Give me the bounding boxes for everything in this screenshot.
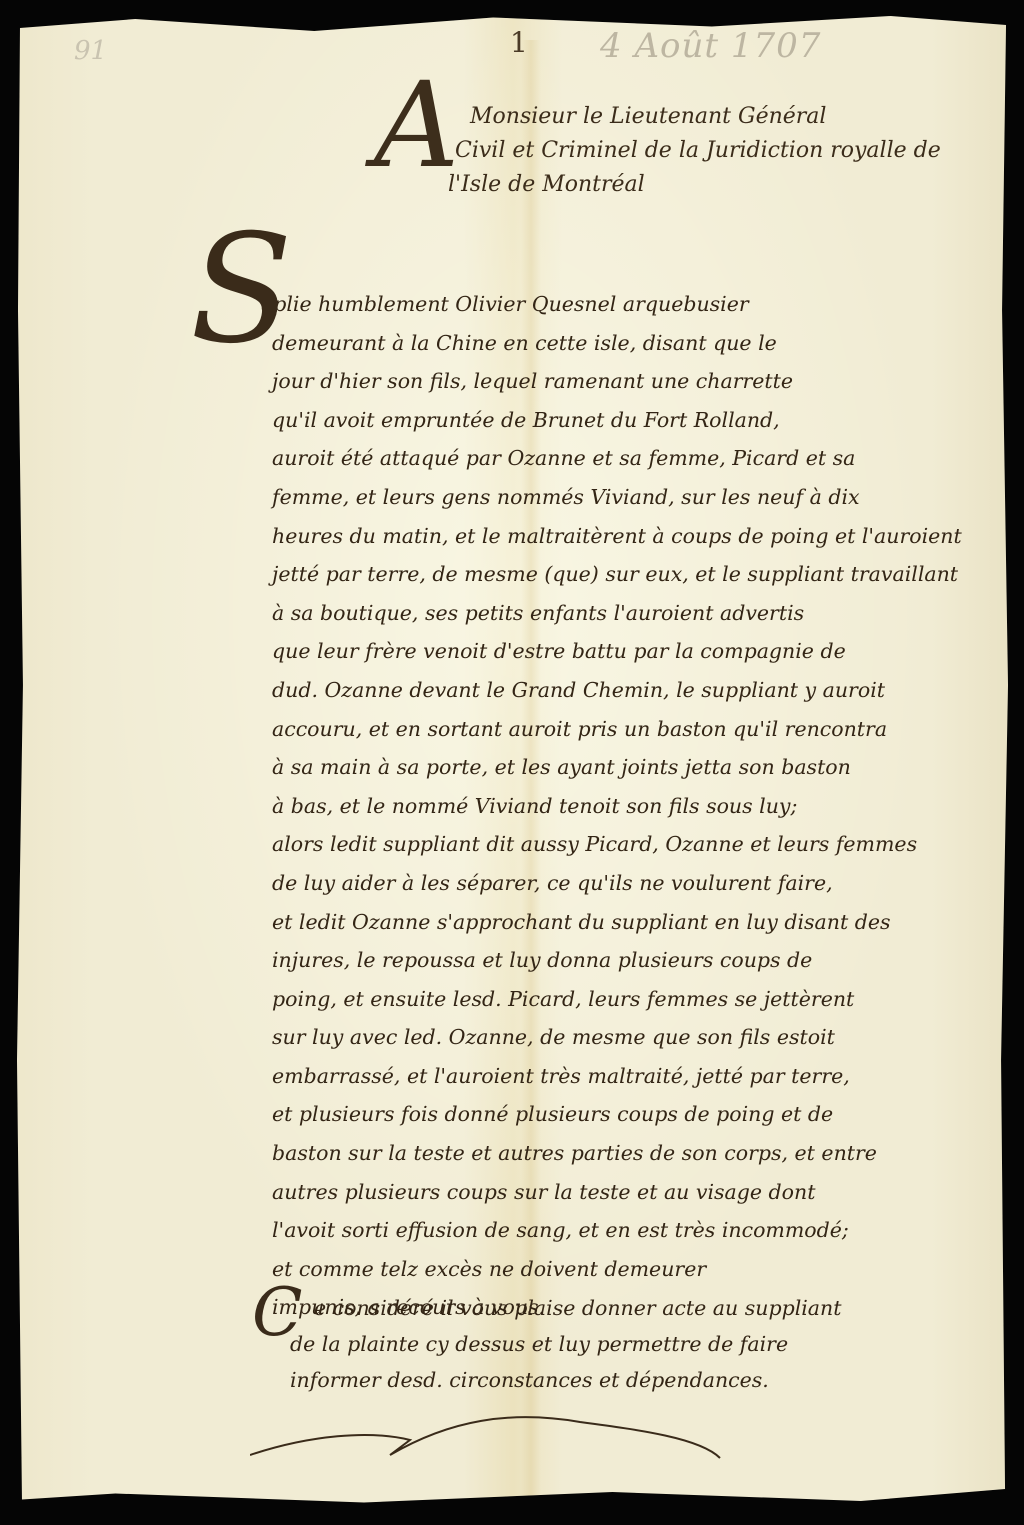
body-line: auroit été attaqué par Ozanne et sa femm… (190, 439, 990, 478)
closing-line: informer desd. circonstances et dépendan… (262, 1362, 1002, 1398)
body-line: à sa main à sa porte, et les ayant joint… (190, 748, 990, 787)
body-line: à bas, et le nommé Viviand tenoit son fi… (190, 787, 990, 826)
body-line: à sa boutique, ses petits enfants l'auro… (190, 594, 990, 633)
body-line: uplie humblement Olivier Quesnel arquebu… (190, 285, 990, 324)
body-line: dud. Ozanne devant le Grand Chemin, le s… (190, 671, 990, 710)
body-line: injures, le repoussa et luy donna plusie… (190, 941, 990, 980)
closing-paragraph: C e considéré il vous plaise donner acte… (262, 1290, 1002, 1398)
address-initial: A (374, 66, 459, 184)
body-line: sur luy avec led. Ozanne, de mesme que s… (190, 1018, 990, 1057)
address-line: Civil et Criminel de la Juridiction roya… (455, 134, 990, 168)
body-line: jour d'hier son fils, lequel ramenant un… (190, 362, 990, 401)
body-line: heures du matin, et le maltraitèrent à c… (190, 517, 990, 556)
page-number: 1 (510, 26, 528, 59)
address-line: l'Isle de Montréal (448, 168, 990, 202)
drop-cap: S (190, 215, 293, 365)
body-line: demeurant à la Chine en cette isle, disa… (190, 324, 990, 363)
petition-body: S uplie humblement Olivier Quesnel arque… (190, 285, 990, 1327)
body-line: et comme telz excès ne doivent demeurer (190, 1250, 990, 1289)
body-line: que leur frère venoit d'estre battu par … (190, 632, 990, 671)
address-block: A Monsieur le Lieutenant Général Civil e… (380, 60, 990, 202)
folio-number: 91 (74, 36, 107, 66)
body-line: de luy aider à les séparer, ce qu'ils ne… (190, 864, 990, 903)
body-line: jetté par terre, de mesme (que) sur eux,… (190, 555, 990, 594)
address-line: Monsieur le Lieutenant Général (470, 100, 990, 134)
body-line: baston sur la teste et autres parties de… (190, 1134, 990, 1173)
body-line: femme, et leurs gens nommés Viviand, sur… (190, 478, 990, 517)
body-line: autres plusieurs coups sur la teste et a… (190, 1173, 990, 1212)
body-line: alors ledit suppliant dit aussy Picard, … (190, 825, 990, 864)
body-line: l'avoit sorti effusion de sang, et en es… (190, 1211, 990, 1250)
closing-line: e considéré il vous plaise donner acte a… (262, 1290, 1002, 1326)
body-line: et plusieurs fois donné plusieurs coups … (190, 1095, 990, 1134)
body-line: embarrassé, et l'auroient très maltraité… (190, 1057, 990, 1096)
body-line: qu'il avoit empruntée de Brunet du Fort … (190, 401, 990, 440)
body-line: et ledit Ozanne s'approchant du supplian… (190, 903, 990, 942)
body-line: poing, et ensuite lesd. Picard, leurs fe… (190, 980, 990, 1019)
closing-line: de la plainte cy dessus et luy permettre… (262, 1326, 1002, 1362)
closing-initial: C (252, 1280, 303, 1346)
body-line: accouru, et en sortant auroit pris un ba… (190, 710, 990, 749)
closing-flourish (250, 1400, 730, 1470)
